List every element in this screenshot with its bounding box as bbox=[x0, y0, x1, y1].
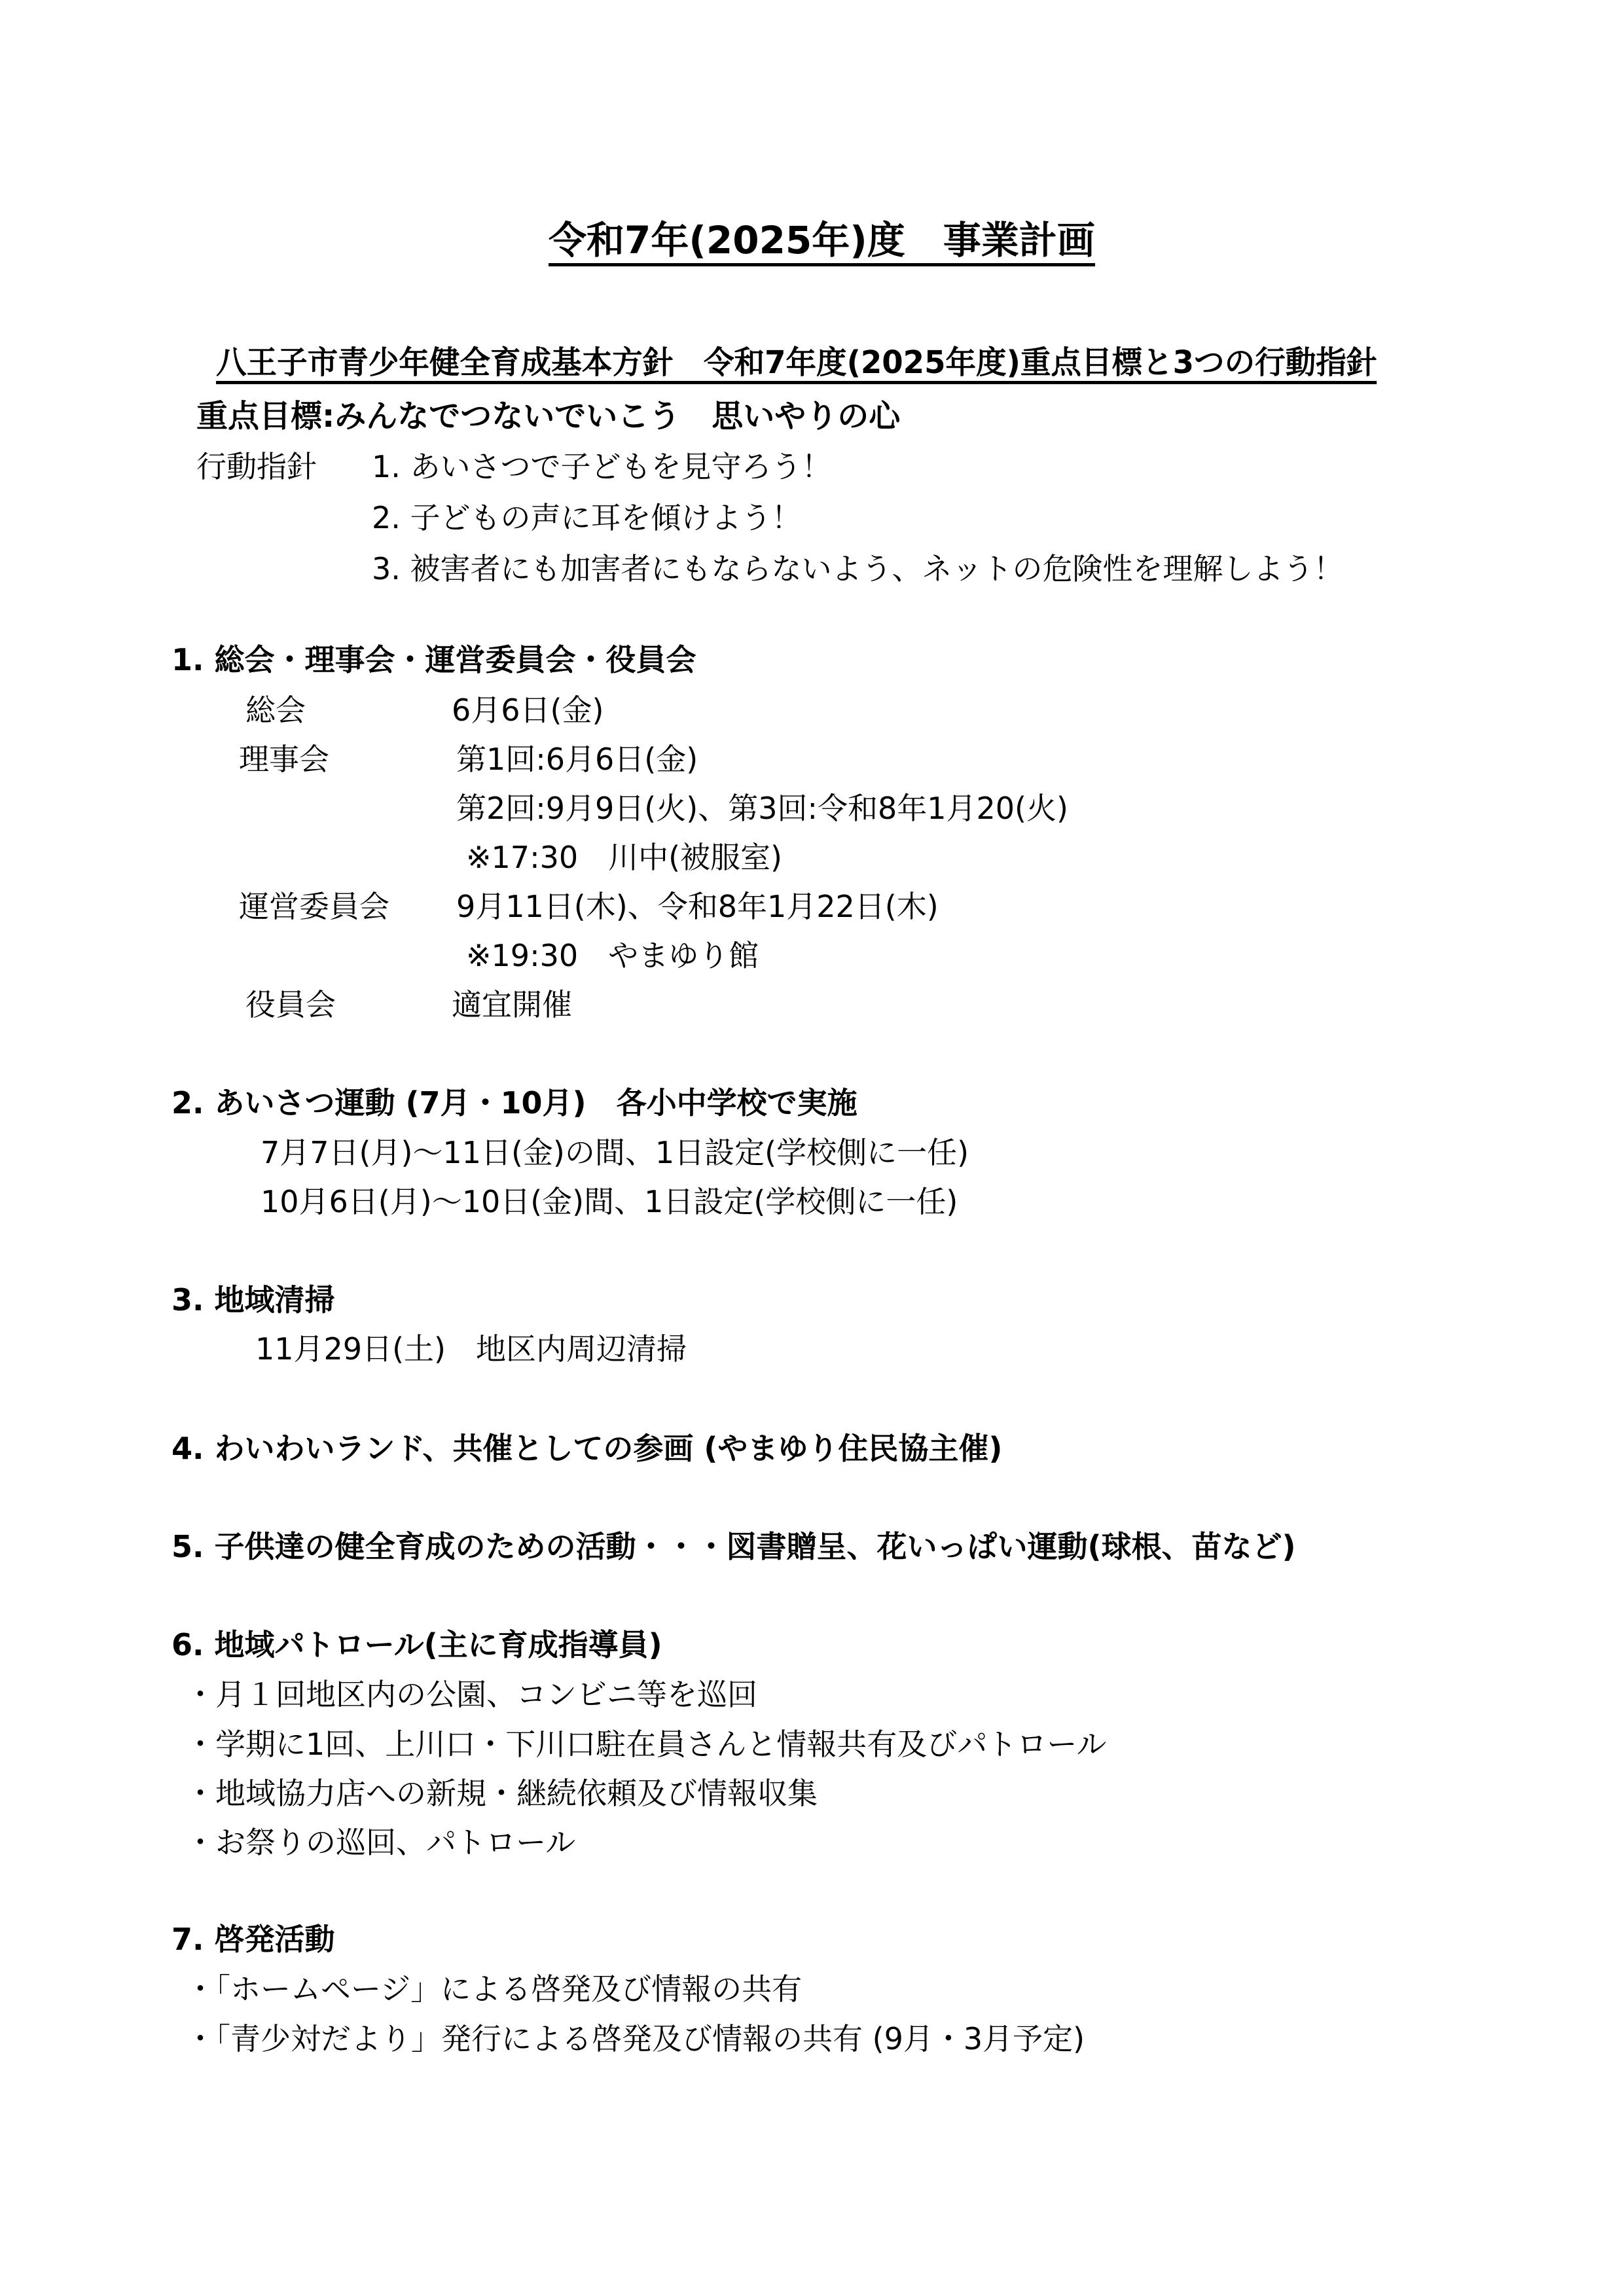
section-heading: 5. 子供達の健全育成のための活動・・・図書贈呈、花いっぱい運動(球根、苗など) bbox=[171, 1532, 1296, 1562]
bullet-item: ・地域協力店への新規・継続依頼及び情報収集 bbox=[185, 1778, 818, 1808]
document-title: 令和7年(2025年)度 事業計画 bbox=[549, 221, 1095, 266]
section-heading: 4. わいわいランド、共催としての参画 (やまゆり住民協主催) bbox=[171, 1433, 1002, 1463]
bullet-item: ・「青少対だより」発行による啓発及び情報の共有 (9月・3月予定) bbox=[185, 2024, 1085, 2054]
priority-goal: 重点目標:みんなでつないでいこう 思いやりの心 bbox=[196, 401, 900, 432]
schedule-note: ※19:30 やまゆり館 bbox=[466, 941, 759, 971]
bullet-item: ・学期に1回、上川口・下川口駐在員さんと情報共有及びパトロール bbox=[185, 1729, 1106, 1759]
bullet-item: ・お祭りの巡回、パトロール bbox=[185, 1827, 575, 1857]
action-item: 3. 被害者にも加害者にもならないよう、ネットの危険性を理解しよう！ bbox=[372, 554, 1344, 584]
section-item: 10月6日(月)～10日(金)間、1日設定(学校側に一任) bbox=[261, 1187, 958, 1217]
schedule-value: 適宜開催 bbox=[452, 990, 572, 1020]
schedule-value: 6月6日(金) bbox=[452, 695, 604, 725]
section-heading: 2. あいさつ運動 (7月・10月) 各小中学校で実施 bbox=[171, 1088, 857, 1118]
schedule-label: 理事会 bbox=[239, 744, 329, 774]
policy-heading: 八王子市青少年健全育成基本方針 令和7年度(2025年度)重点目標と3つの行動指… bbox=[216, 347, 1377, 384]
section-item: 11月29日(土) 地区内周辺清掃 bbox=[255, 1334, 687, 1364]
action-item: 1. あいさつで子どもを見守ろう！ bbox=[372, 452, 832, 482]
action-guidelines-label: 行動指針 bbox=[196, 452, 317, 482]
action-item: 2. 子どもの声に耳を傾けよう！ bbox=[372, 503, 802, 533]
bullet-item: ・「ホームページ」による啓発及び情報の共有 bbox=[185, 1974, 802, 2004]
schedule-label: 運営委員会 bbox=[239, 891, 389, 922]
schedule-label: 総会 bbox=[245, 695, 306, 725]
bullet-item: ・月１回地区内の公園、コンビニ等を巡回 bbox=[185, 1679, 757, 1710]
section-item: 7月7日(月)～11日(金)の間、1日設定(学校側に一任) bbox=[261, 1138, 969, 1168]
schedule-label: 役員会 bbox=[245, 990, 336, 1020]
section-heading: 1. 総会・理事会・運営委員会・役員会 bbox=[171, 645, 696, 675]
schedule-note: ※17:30 川中(被服室) bbox=[466, 842, 782, 872]
schedule-value: 第2回:9月9日(火)、第3回:令和8年1月20(火) bbox=[456, 793, 1068, 823]
schedule-value: 第1回:6月6日(金) bbox=[456, 744, 698, 774]
section-heading: 6. 地域パトロール(主に育成指導員) bbox=[171, 1630, 662, 1660]
schedule-value: 9月11日(木)、令和8年1月22日(木) bbox=[456, 891, 939, 922]
section-heading: 3. 地域清掃 bbox=[171, 1285, 335, 1315]
section-heading: 7. 啓発活動 bbox=[171, 1924, 335, 1954]
